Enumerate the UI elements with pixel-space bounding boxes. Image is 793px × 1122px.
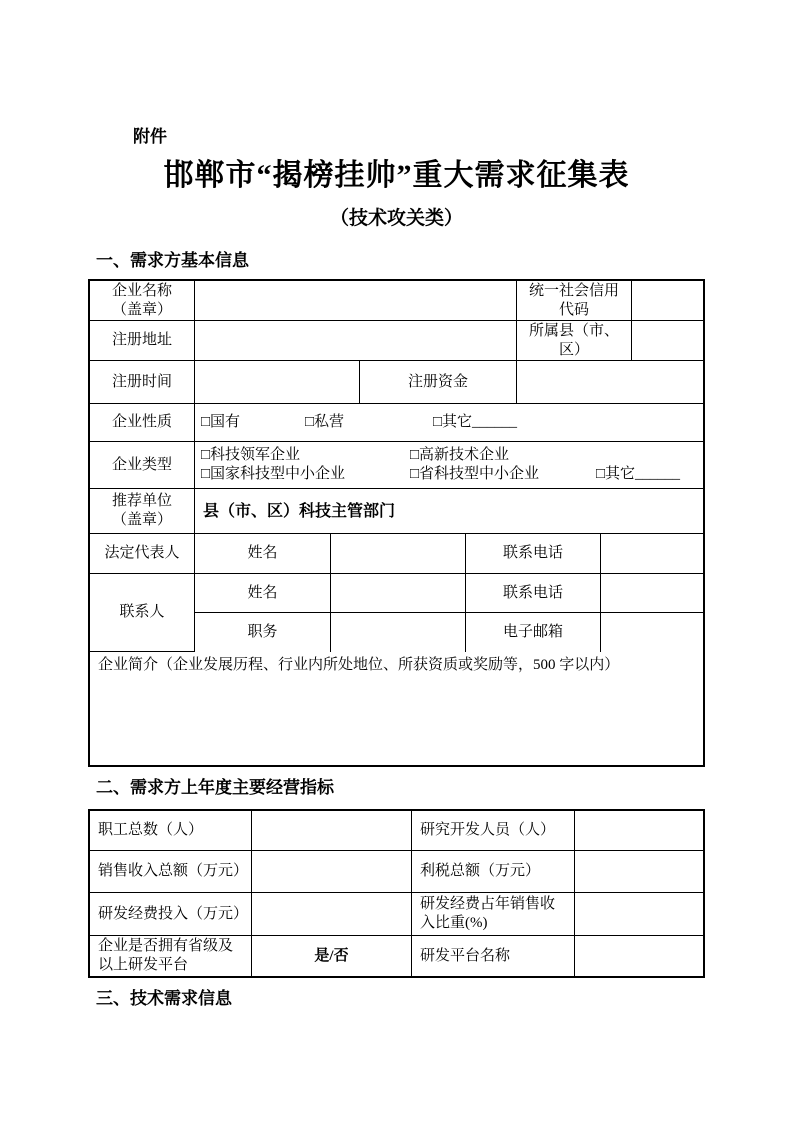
table-row: 法定代表人 姓名 联系电话 bbox=[90, 534, 703, 574]
company-intro-field[interactable]: 企业简介（企业发展历程、行业内所处地位、所获资质或奖励等，500 字以内） bbox=[90, 652, 703, 765]
contact-position-label: 职务 bbox=[195, 613, 331, 652]
section-3-heading: 三、技术需求信息 bbox=[96, 984, 232, 1009]
document-title: 邯郸市“揭榜挂帅”重大需求征集表 bbox=[0, 150, 793, 194]
profit-tax-field[interactable] bbox=[575, 851, 703, 893]
contact-phone-field[interactable] bbox=[601, 574, 703, 613]
rd-invest-field[interactable] bbox=[252, 893, 412, 936]
contact-phone-label: 联系电话 bbox=[466, 574, 601, 613]
section-2-heading: 二、需求方上年度主要经营指标 bbox=[96, 773, 334, 798]
credit-code-field[interactable] bbox=[632, 281, 703, 321]
table-row: 注册时间 注册资金 bbox=[90, 361, 703, 404]
platform-name-field[interactable] bbox=[575, 936, 703, 976]
contact-label: 联系人 bbox=[90, 574, 195, 652]
reg-capital-field[interactable] bbox=[517, 361, 703, 404]
staff-total-label: 职工总数（人） bbox=[90, 811, 252, 851]
legal-rep-name-label: 姓名 bbox=[195, 534, 331, 574]
contact-name-field[interactable] bbox=[331, 574, 466, 613]
contact-email-label: 电子邮箱 bbox=[466, 613, 601, 652]
recommender-value: 县（市、区）科技主管部门 bbox=[195, 489, 703, 534]
table-row: 销售收入总额（万元） 利税总额（万元） bbox=[90, 851, 703, 893]
rd-ratio-label: 研发经费占年销售收 入比重(%) bbox=[412, 893, 575, 936]
checkbox-provincial-sme[interactable]: □省科技型中小企业 bbox=[410, 465, 596, 484]
sales-total-label: 销售收入总额（万元） bbox=[90, 851, 252, 893]
company-type-label: 企业类型 bbox=[90, 442, 195, 489]
county-label: 所属县（市、 区） bbox=[517, 321, 632, 361]
table-row: 推荐单位 （盖章） 县（市、区）科技主管部门 bbox=[90, 489, 703, 534]
rd-staff-field[interactable] bbox=[575, 811, 703, 851]
platform-name-label: 研发平台名称 bbox=[412, 936, 575, 976]
reg-address-label: 注册地址 bbox=[90, 321, 195, 361]
legal-rep-phone-label: 联系电话 bbox=[466, 534, 601, 574]
contact-position-field[interactable] bbox=[331, 613, 466, 652]
credit-code-label: 统一社会信用 代码 bbox=[517, 281, 632, 321]
legal-rep-label: 法定代表人 bbox=[90, 534, 195, 574]
table-row: 企业名称 （盖章） 统一社会信用 代码 bbox=[90, 281, 703, 321]
contact-email-field[interactable] bbox=[601, 613, 703, 652]
sales-total-field[interactable] bbox=[252, 851, 412, 893]
table-row: 注册地址 所属县（市、 区） bbox=[90, 321, 703, 361]
checkbox-tech-leader[interactable]: □科技领军企业 bbox=[201, 446, 410, 465]
company-name-field[interactable] bbox=[195, 281, 517, 321]
document-page: 附件 邯郸市“揭榜挂帅”重大需求征集表 （技术攻关类） 一、需求方基本信息 企业… bbox=[0, 0, 793, 1122]
table-row: 企业是否拥有省级及 以上研发平台 是/否 研发平台名称 bbox=[90, 936, 703, 976]
table-row: 企业简介（企业发展历程、行业内所处地位、所获资质或奖励等，500 字以内） bbox=[90, 652, 703, 765]
checkbox-high-tech[interactable]: □高新技术企业 bbox=[410, 446, 703, 465]
checkbox-state-owned[interactable]: □国有 bbox=[201, 413, 305, 432]
metrics-table: 职工总数（人） 研究开发人员（人） 销售收入总额（万元） 利税总额（万元） 研发… bbox=[88, 809, 705, 978]
reg-time-label: 注册时间 bbox=[90, 361, 195, 404]
county-field[interactable] bbox=[632, 321, 703, 361]
reg-capital-label: 注册资金 bbox=[360, 361, 517, 404]
staff-total-field[interactable] bbox=[252, 811, 412, 851]
reg-address-field[interactable] bbox=[195, 321, 517, 361]
rd-invest-label: 研发经费投入（万元） bbox=[90, 893, 252, 936]
table-row: 职工总数（人） 研究开发人员（人） bbox=[90, 811, 703, 851]
recommender-label: 推荐单位 （盖章） bbox=[90, 489, 195, 534]
profit-tax-label: 利税总额（万元） bbox=[412, 851, 575, 893]
platform-ownership-label: 企业是否拥有省级及 以上研发平台 bbox=[90, 936, 252, 976]
checkbox-private[interactable]: □私营 bbox=[305, 413, 433, 432]
checkbox-nature-other[interactable]: □其它______ bbox=[433, 413, 703, 432]
legal-rep-phone-field[interactable] bbox=[601, 534, 703, 574]
section-1-heading: 一、需求方基本信息 bbox=[96, 246, 249, 271]
company-nature-label: 企业性质 bbox=[90, 404, 195, 442]
reg-time-field[interactable] bbox=[195, 361, 360, 404]
table-row: 企业类型 □科技领军企业 □高新技术企业 □国家科技型中小企业 □省科技型中小企… bbox=[90, 442, 703, 489]
company-type-options: □科技领军企业 □高新技术企业 □国家科技型中小企业 □省科技型中小企业 □其它… bbox=[195, 442, 703, 489]
contact-row-2: 职务 电子邮箱 bbox=[195, 613, 703, 652]
rd-ratio-field[interactable] bbox=[575, 893, 703, 936]
rd-staff-label: 研究开发人员（人） bbox=[412, 811, 575, 851]
table-row: 联系人 姓名 联系电话 职务 电子邮箱 bbox=[90, 574, 703, 652]
document-subtitle: （技术攻关类） bbox=[0, 203, 793, 230]
company-name-label: 企业名称 （盖章） bbox=[90, 281, 195, 321]
checkbox-type-other[interactable]: □其它______ bbox=[596, 465, 703, 484]
basic-info-table: 企业名称 （盖章） 统一社会信用 代码 注册地址 所属县（市、 区） 注册时间 … bbox=[88, 279, 705, 767]
platform-yes-no-field[interactable]: 是/否 bbox=[252, 936, 412, 976]
company-nature-options: □国有 □私营 □其它______ bbox=[195, 404, 703, 442]
contact-subrows: 姓名 联系电话 职务 电子邮箱 bbox=[195, 574, 703, 652]
checkbox-national-sme[interactable]: □国家科技型中小企业 bbox=[201, 465, 410, 484]
table-row: 企业性质 □国有 □私营 □其它______ bbox=[90, 404, 703, 442]
legal-rep-name-field[interactable] bbox=[331, 534, 466, 574]
attachment-label: 附件 bbox=[133, 122, 167, 147]
table-row: 研发经费投入（万元） 研发经费占年销售收 入比重(%) bbox=[90, 893, 703, 936]
contact-row-1: 姓名 联系电话 bbox=[195, 574, 703, 613]
contact-name-label: 姓名 bbox=[195, 574, 331, 613]
